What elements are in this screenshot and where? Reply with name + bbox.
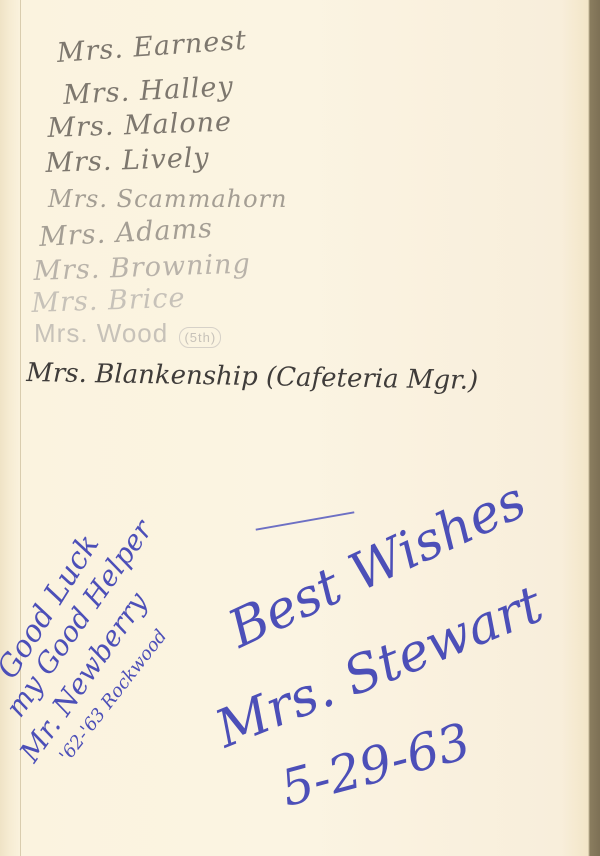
signature-wood: Mrs. Wood (5th): [34, 318, 221, 349]
signature-earnest: Mrs. Earnest: [56, 25, 248, 69]
page-gutter: [20, 0, 21, 856]
signature-scammahorn: Mrs. Scammahorn: [48, 185, 287, 213]
wood-grade-note: (5th): [179, 327, 221, 348]
signature-halley: Mrs. Halley: [62, 71, 234, 111]
signature-blankenship: Mrs. Blankenship (Cafeteria Mgr.): [26, 358, 478, 396]
signature-brice: Mrs. Brice: [31, 283, 186, 319]
signature-malone: Mrs. Malone: [47, 107, 233, 144]
signature-lively: Mrs. Lively: [45, 142, 210, 179]
autograph-page: Mrs. Earnest Mrs. Halley Mrs. Malone Mrs…: [0, 0, 600, 856]
signature-wood-name: Mrs. Wood: [34, 318, 168, 348]
signature-browning: Mrs. Browning: [33, 248, 251, 287]
signature-adams: Mrs. Adams: [38, 213, 213, 253]
newberry-underline-flourish: [256, 511, 355, 530]
